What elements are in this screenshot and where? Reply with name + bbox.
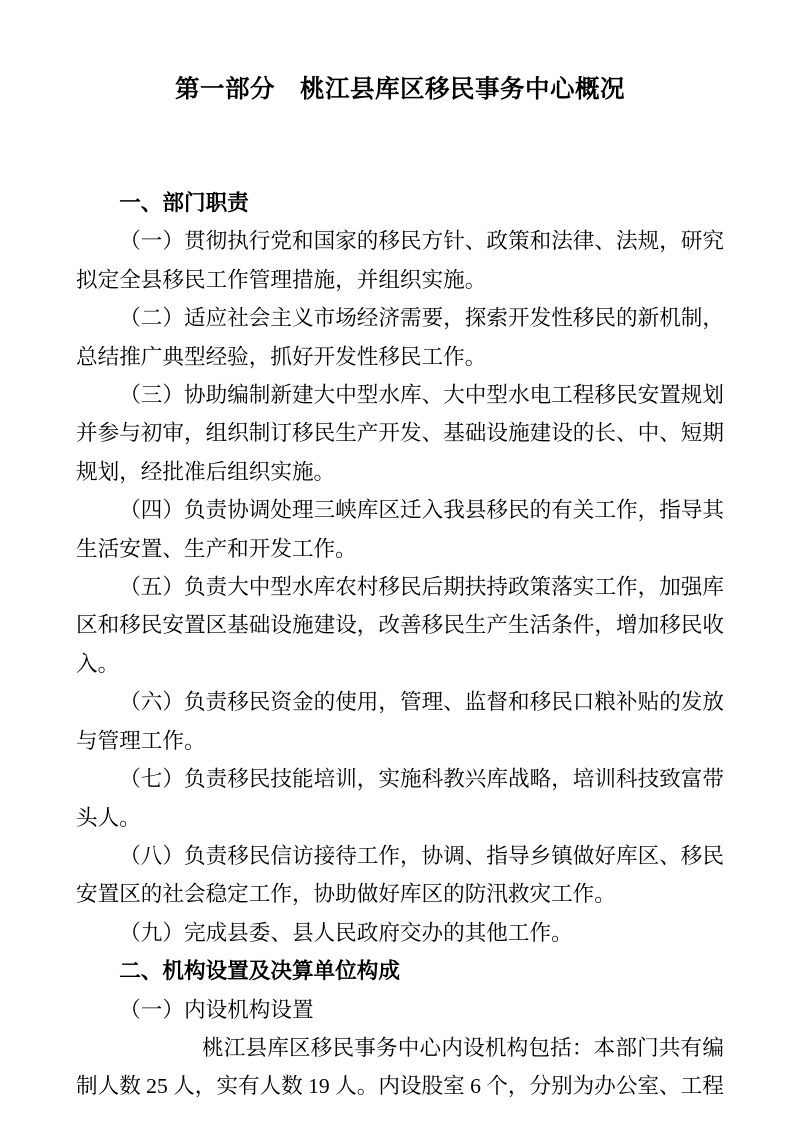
section-1-paragraph-7: （七）负责移民技能培训，实施科教兴库战略，培训科技致富带头人。 <box>76 760 724 837</box>
section-1-paragraph-8: （八）负责移民信访接待工作，协调、指导乡镇做好库区、移民安置区的社会稳定工作，协… <box>76 837 724 914</box>
section-1-paragraph-6: （六）负责移民资金的使用，管理、监督和移民口粮补贴的发放与管理工作。 <box>76 683 724 760</box>
section-1-heading: 一、部门职责 <box>76 184 724 222</box>
section-1-paragraph-2: （二）适应社会主义市场经济需要，探索开发性移民的新机制，总结推广典型经验，抓好开… <box>76 299 724 376</box>
document-page: 第一部分 桃江县库区移民事务中心概况 一、部门职责 （一）贯彻执行党和国家的移民… <box>0 0 793 1122</box>
section-1-paragraph-4: （四）负责协调处理三峡库区迁入我县移民的有关工作，指导其生活安置、生产和开发工作… <box>76 491 724 568</box>
section-2-paragraph-1: 桃江县库区移民事务中心内设机构包括：本部门共有编制人数 25 人，实有人数 19… <box>76 1029 724 1106</box>
section-2-heading: 二、机构设置及决算单位构成 <box>76 952 724 990</box>
page-title: 第一部分 桃江县库区移民事务中心概况 <box>76 73 724 107</box>
section-2-subheading: （一）内设机构设置 <box>76 991 724 1029</box>
document-body: 一、部门职责 （一）贯彻执行党和国家的移民方针、政策和法律、法规，研究拟定全县移… <box>76 184 724 1106</box>
section-1-paragraph-5: （五）负责大中型水库农村移民后期扶持政策落实工作，加强库区和移民安置区基础设施建… <box>76 568 724 683</box>
section-1-paragraph-9: （九）完成县委、县人民政府交办的其他工作。 <box>76 914 724 952</box>
section-1-paragraph-3: （三）协助编制新建大中型水库、大中型水电工程移民安置规划并参与初审，组织制订移民… <box>76 376 724 491</box>
section-1-paragraph-1: （一）贯彻执行党和国家的移民方针、政策和法律、法规，研究拟定全县移民工作管理措施… <box>76 222 724 299</box>
